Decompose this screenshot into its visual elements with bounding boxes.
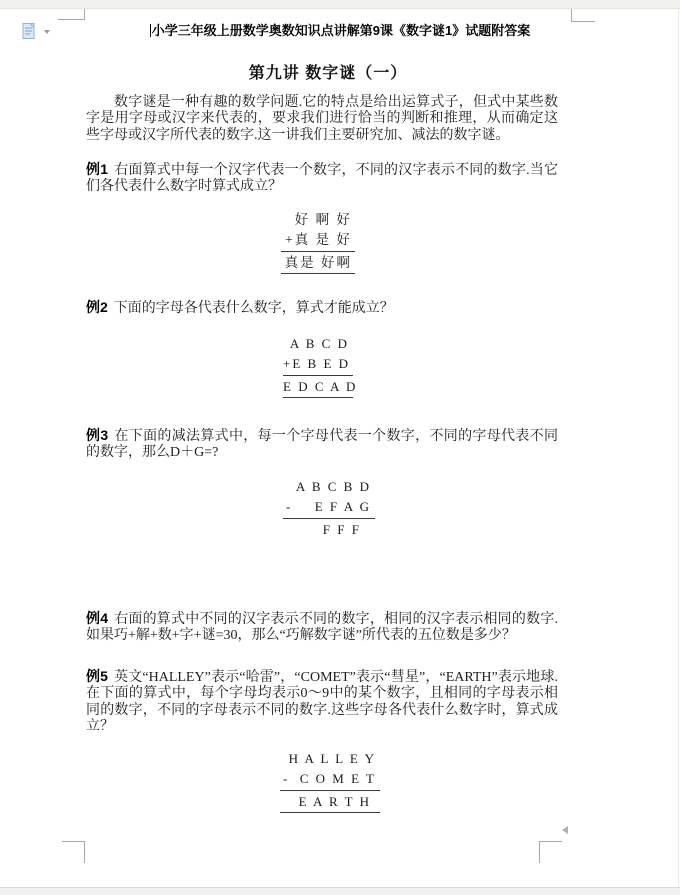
document-title-text: 小学三年级上册数学奥数知识点讲解第9课《数字谜1》试题附答案 [152,23,530,38]
triangle-left-icon [562,826,568,834]
formula-ex2: A B C D +E B E D E D C A D [283,336,353,398]
example-3-paragraph: 例3在下面的减法算式中，每一个字母代表一个数字，不同的字母代表不同的数字，那么D… [86,427,558,462]
minus-sign: - [283,771,289,787]
formula-ex5-result: E A R T H [280,794,380,810]
margin-mark-top-right-icon [571,9,595,22]
formula-ex2-addend-2: +E B E D [283,356,353,372]
example-2-text: 下面的字母各代表什么数字，算式才能成立？ [114,301,394,316]
formula-ex2-result: E D C A D [283,379,353,395]
window-top-strip [0,0,680,9]
margin-mark-bottom-right-icon [539,841,562,863]
example-4-paragraph: 例4右面的算式中不同的汉字表示不同的数字，相同的汉字表示相同的数字.如果巧+解+… [86,610,558,645]
formula-ex3-subtrahend: -E F A G [283,499,375,515]
minus-sign: - [286,499,292,515]
margin-mark-bottom-left-icon [62,841,85,863]
formula-ex5-subtrahend: -C O M E T [280,771,380,787]
section-heading: 第九讲 数字谜（一） [0,60,656,83]
formula-ex2-addend-1: A B C D [283,336,353,352]
example-1-label: 例1 [86,161,108,177]
formula-ex3-minuend: A B C B D [283,479,375,495]
formula-ex5: H A L L E Y -C O M E T E A R T H [280,751,380,813]
example-4-text: 右面的算式中不同的汉字表示不同的数字，相同的汉字表示相同的数字.如果巧+解+数+… [86,612,558,643]
example-3-text: 在下面的减法算式中，每一个字母代表一个数字，不同的字母代表不同的数字，那么D＋G… [86,429,558,460]
example-1-text: 右面算式中每一个汉字代表一个数字，不同的汉字表示不同的数字.当它们各代表什么数字… [86,163,558,194]
formula-ex5-minuend: H A L L E Y [280,751,380,767]
example-4-label: 例4 [86,610,108,626]
intro-paragraph: 数字谜是一种有趣的数学问题.它的特点是给出运算式子，但式中某些数字是用字母或汉字… [86,95,558,144]
plus-sign: + [285,232,295,247]
formula-ex1: 好 啊 好 +真 是 好 真是 好啊 [281,212,355,274]
example-5-paragraph: 例5英文“HALLEY”表示“哈雷”，“COMET”表示“彗星”，“EARTH”… [86,668,558,736]
example-2-label: 例2 [86,299,108,315]
example-3-label: 例3 [86,427,108,443]
document-page[interactable]: 小学三年级上册数学奥数知识点讲解第9课《数字谜1》试题附答案 第九讲 数字谜（一… [0,0,680,895]
formula-ex1-addend-1: 好 啊 好 [281,212,355,228]
example-2-paragraph: 例2下面的字母各代表什么数字，算式才能成立？ [86,299,558,317]
window-bottom-strip [0,887,680,895]
formula-ex1-result: 真是 好啊 [281,255,355,271]
page-right-edge [678,8,679,887]
example-1-paragraph: 例1右面算式中每一个汉字代表一个数字，不同的汉字表示不同的数字.当它们各代表什么… [86,161,558,196]
formula-ex3-result: F F F [283,522,375,538]
example-5-text: 英文“HALLEY”表示“哈雷”，“COMET”表示“彗星”，“EARTH”表示… [86,670,558,734]
margin-mark-top-left-icon [58,9,85,20]
text-cursor [150,24,151,37]
example-5-label: 例5 [86,668,108,684]
plus-sign: + [283,356,292,371]
formula-ex1-addend-2: +真 是 好 [281,232,355,248]
document-title: 小学三年级上册数学奥数知识点讲解第9课《数字谜1》试题附答案 [0,23,680,39]
formula-ex3: A B C B D -E F A G F F F [283,479,375,538]
